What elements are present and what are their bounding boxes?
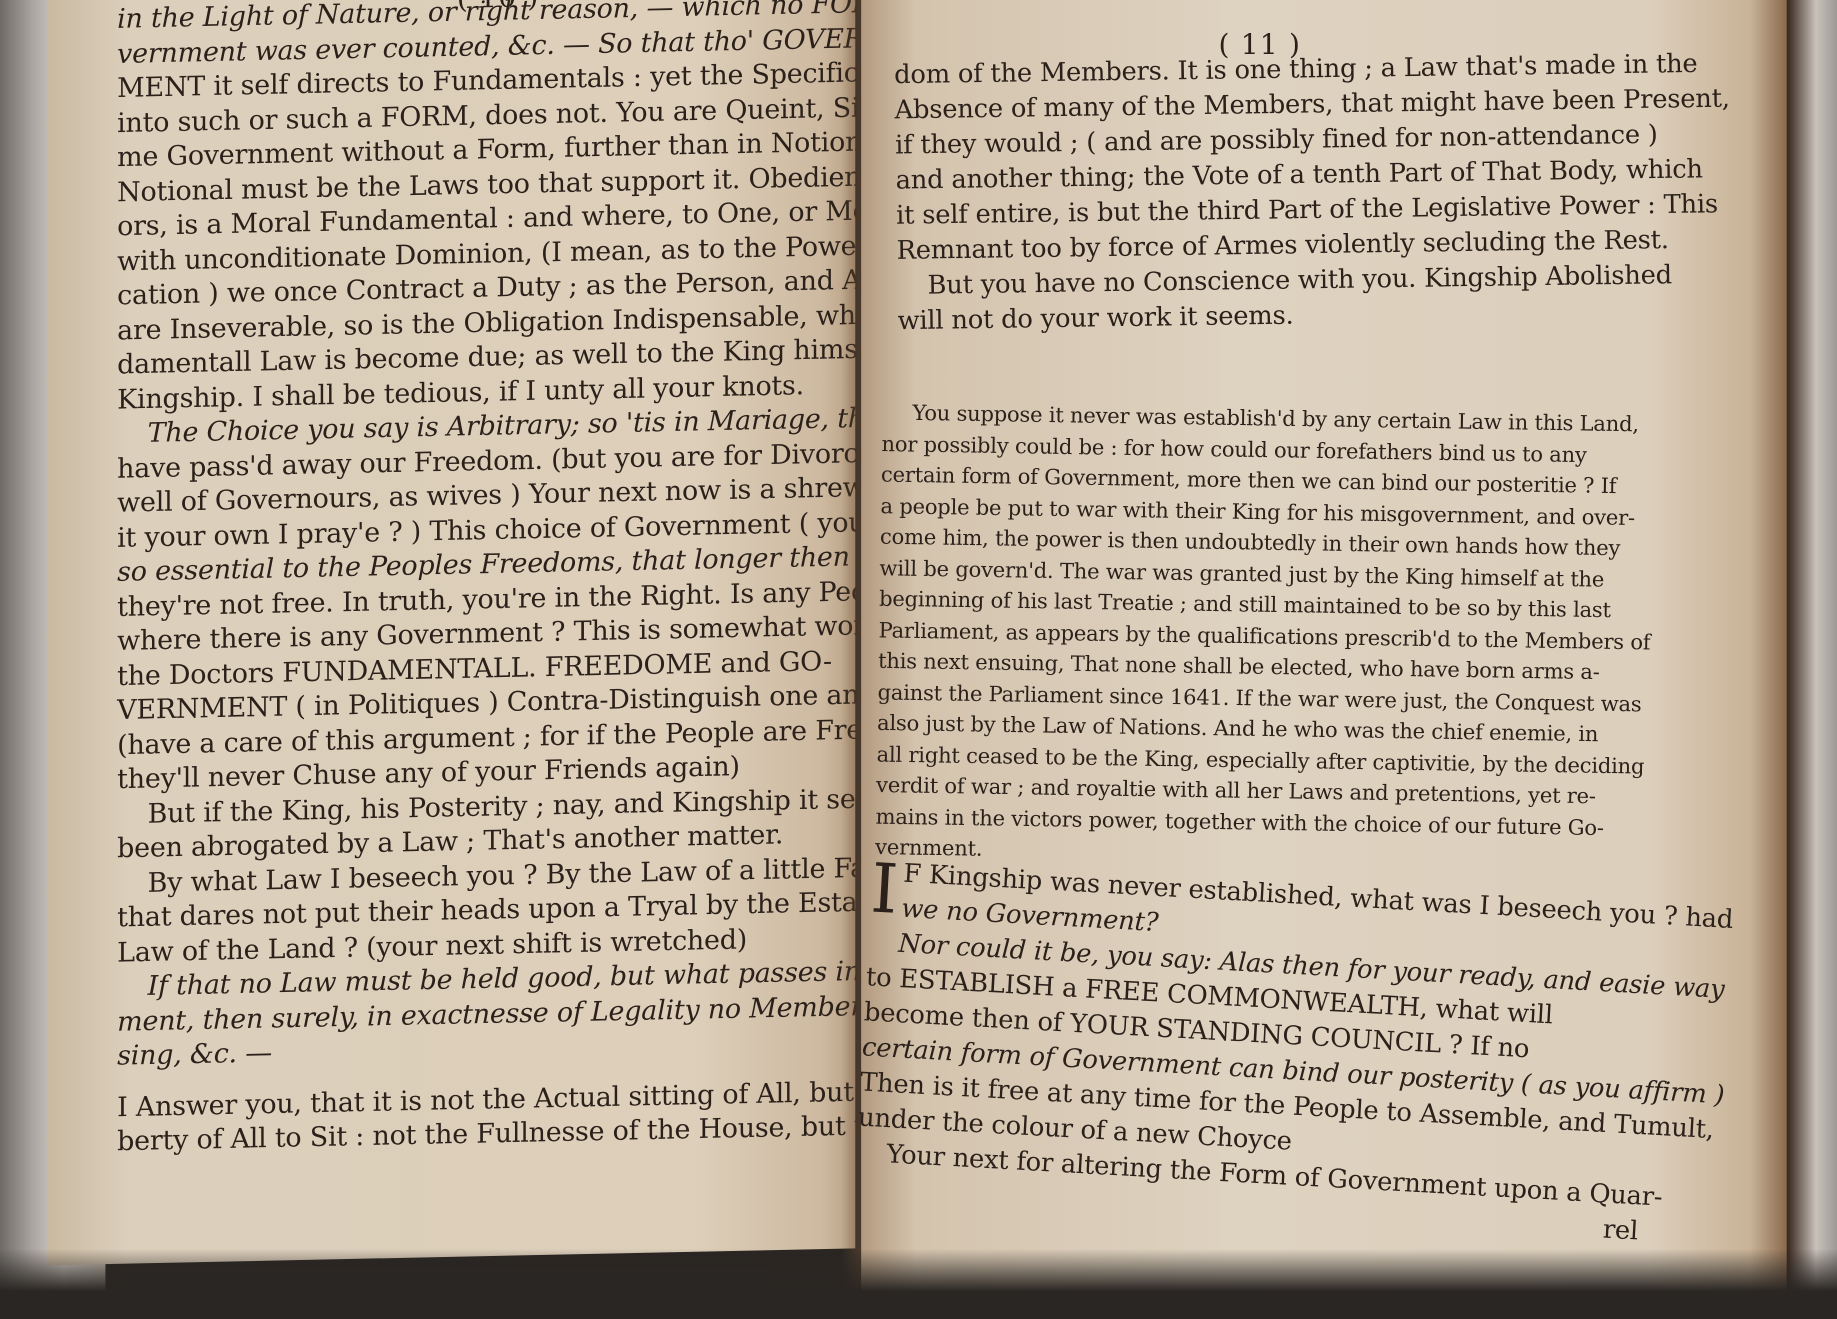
table-shadow (0, 1249, 1837, 1319)
drop-cap: I (869, 858, 899, 920)
book-photo: ( 10 ) in the Light of Nature, or right … (0, 0, 1837, 1319)
left-page-text: in the Light of Nature, or right reason,… (117, 0, 843, 1160)
left-page: ( 10 ) in the Light of Nature, or right … (47, 0, 855, 1265)
right-page-quoted-passage: You suppose it never was establish'd by … (875, 398, 1691, 876)
right-page-text-bottom: I F Kingship was never established, what… (853, 855, 1691, 1252)
right-page: ( 11 ) dom of the Members. It is one thi… (861, 0, 1787, 1300)
right-page-text-top: dom of the Members. It is one thing ; a … (894, 47, 1741, 340)
